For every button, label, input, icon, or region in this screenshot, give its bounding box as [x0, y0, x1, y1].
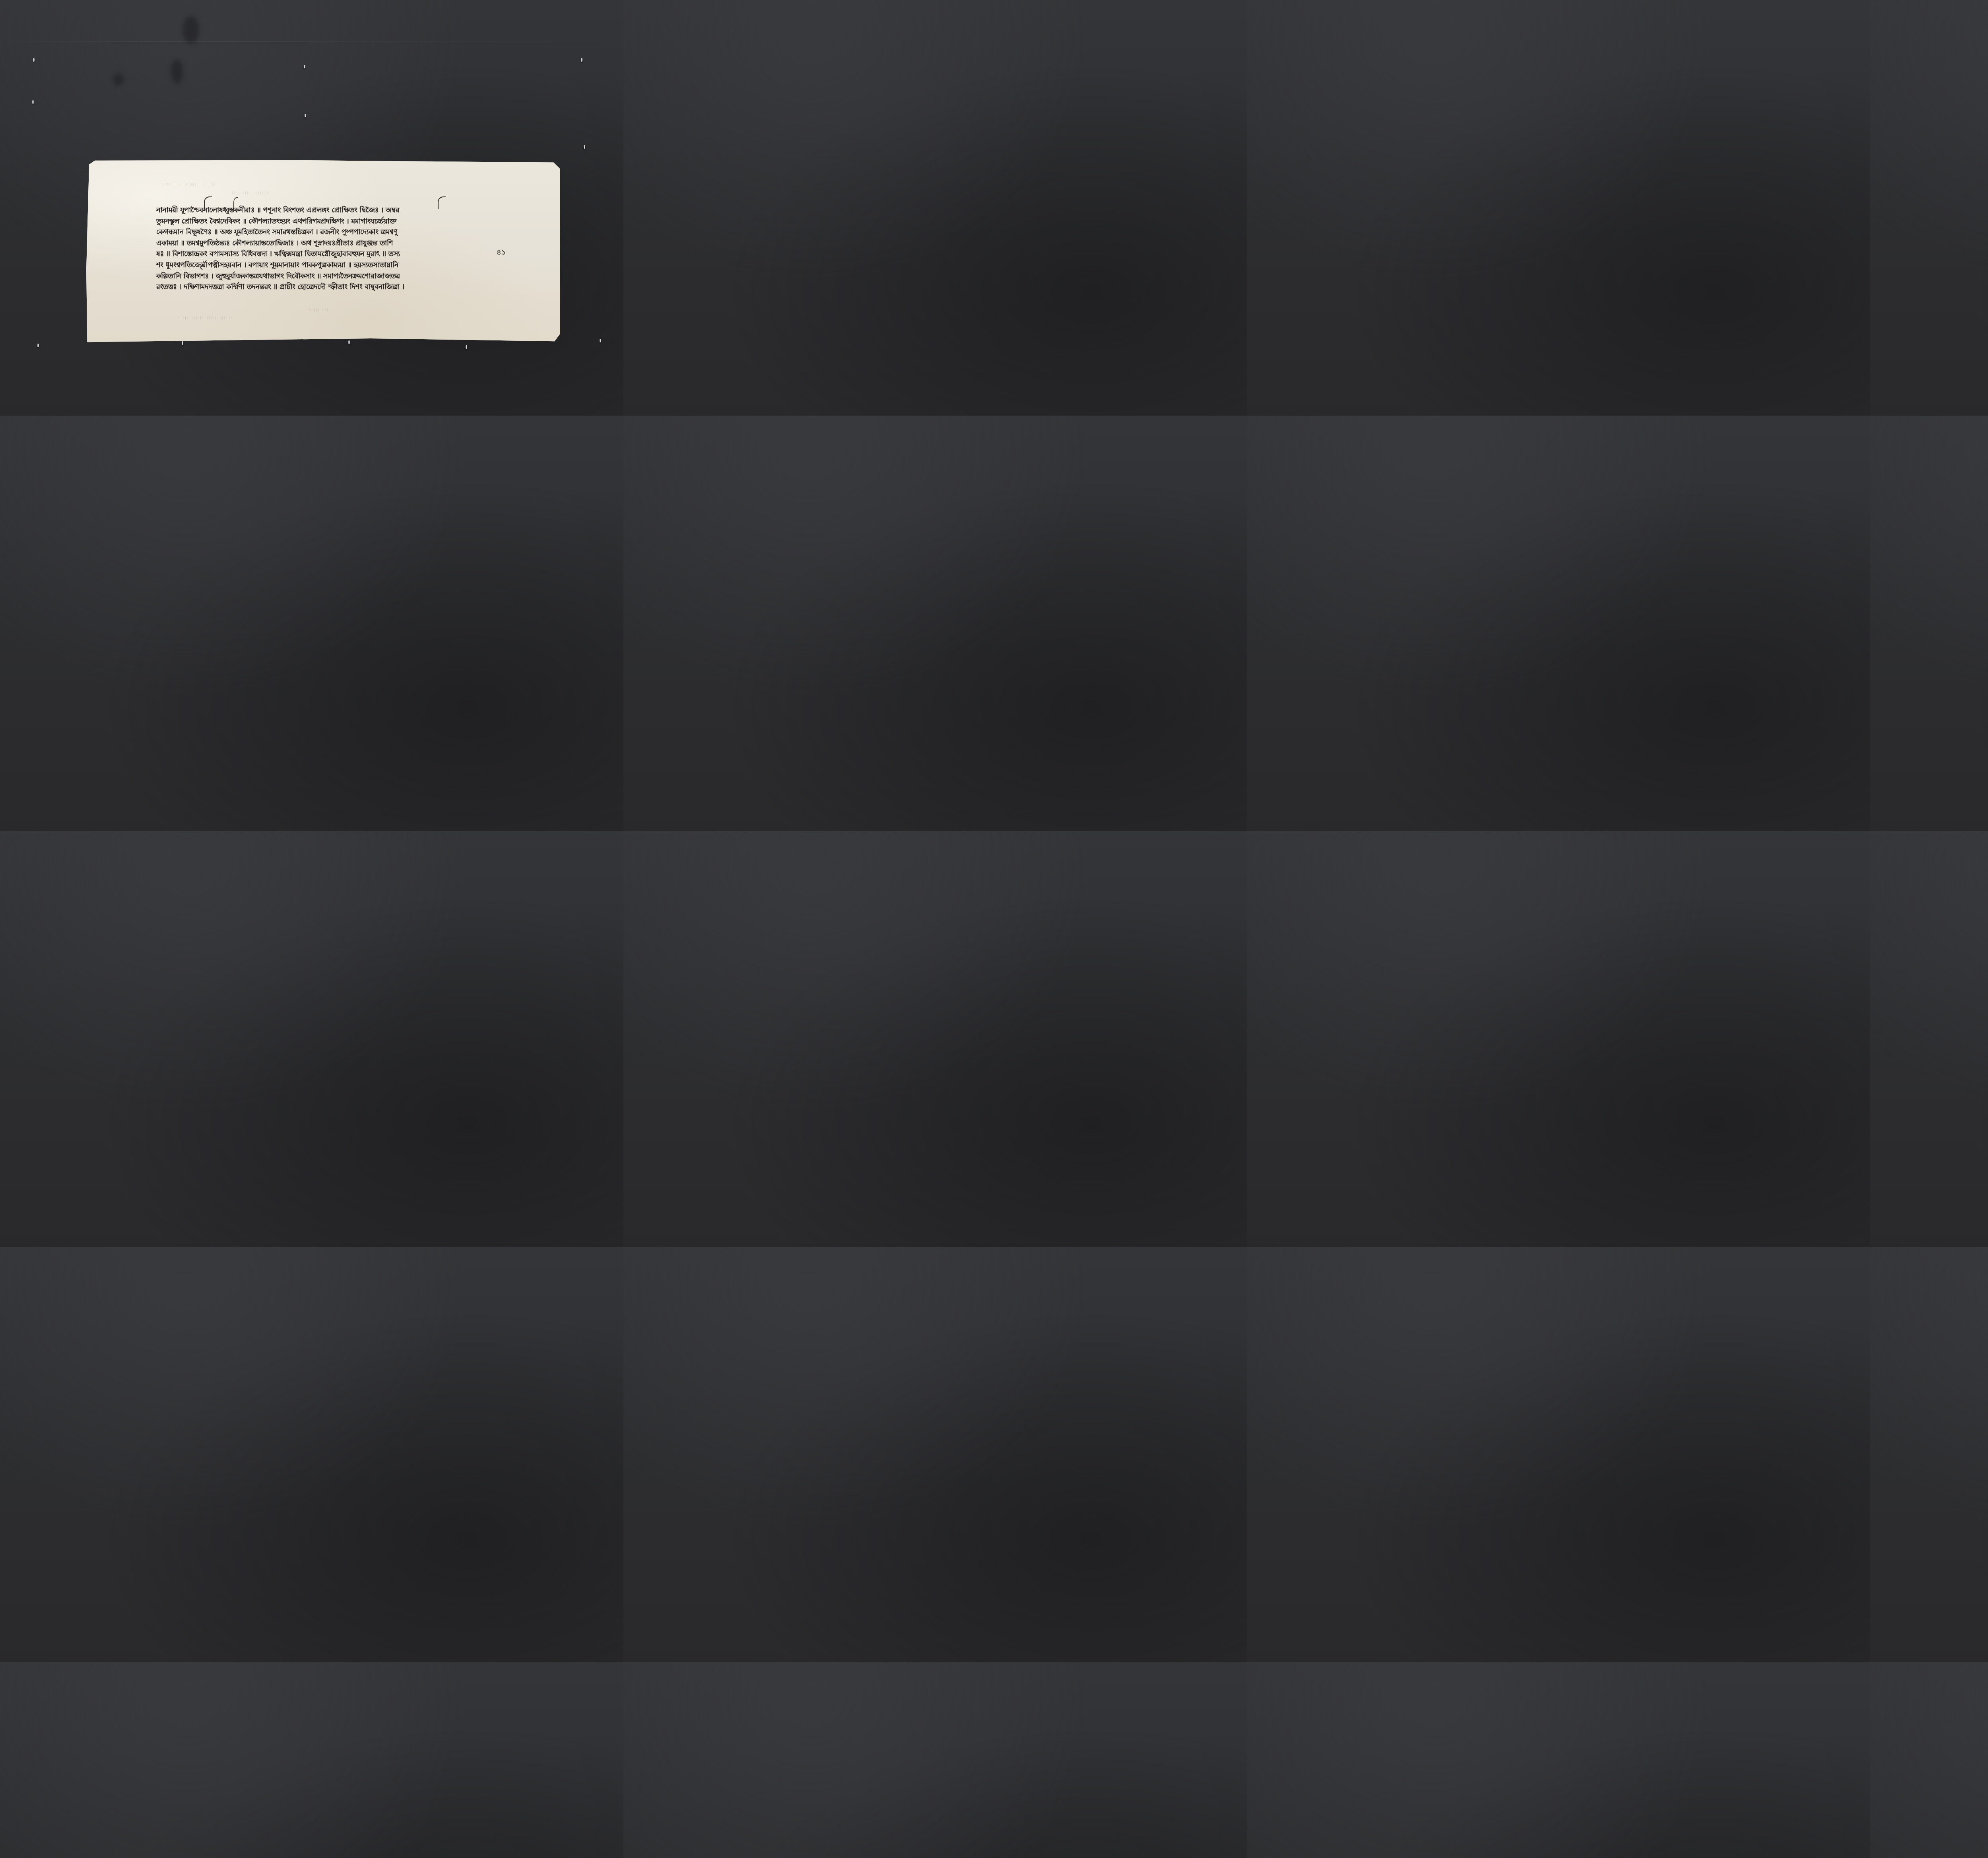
- mounting-pin: [37, 344, 39, 347]
- text-line-7: কল্পিতানি বিভাগশঃ । জুহুবুৰ্যাজকাস্তত্রয…: [156, 271, 562, 282]
- mounting-pin: [32, 100, 34, 104]
- board-stain: [183, 16, 199, 44]
- bleed-through-text-bottom: ।। ।।। ।।।: [307, 306, 328, 313]
- text-line-6: শং ধূমংশ্বপতির্জ্ঘ্রৌপত্নীসহয়বান । বপায…: [156, 260, 562, 271]
- mounting-pin: [581, 58, 582, 62]
- text-line-3: কেগন্ধমান বিভূষণৈঃ ॥ অঞ্চ যূমহিতাতৈনং সম…: [156, 227, 562, 238]
- mounting-pin: [182, 341, 183, 345]
- board-stain: [113, 74, 124, 86]
- mount-board-seam: [0, 41, 623, 42]
- mounting-pin: [466, 345, 467, 349]
- mounting-pin: [348, 340, 350, 344]
- mounting-pin: [305, 114, 306, 117]
- bleed-through-text-top: ।। ৩। ৷ ৷।।। ৷ ।৷।।। ৷।। ।।।: [160, 181, 214, 189]
- text-line-2: তুমনস্কুল প্রোক্ষিতং বৈশ্বদেবিকং ॥ কৌশল্…: [156, 216, 562, 227]
- bleed-through-text-top: ।।।। ।।।। ।।।।।।।: [231, 189, 268, 196]
- folio-number: ৪১: [497, 247, 506, 259]
- bleed-through-text-bottom: ।।।।।।।।। ।।।।।। ।।।।।।।।: [178, 314, 232, 321]
- manuscript-folio: ।। ৩। ৷ ৷।।। ৷ ।৷।।। ৷।। ।।। ।।।। ।।।। ।…: [86, 160, 560, 343]
- text-line-1: নানামরী যূপাশ্চৈবনালোষধ্বুস্তকনীরাঃ ॥ পশ…: [156, 205, 562, 216]
- board-stain: [171, 60, 183, 84]
- mounting-pin: [600, 339, 601, 342]
- mounting-pin: [584, 145, 585, 149]
- mounting-pin: [304, 65, 305, 68]
- mounting-pin: [33, 58, 35, 62]
- text-line-8: রংতত্তঃ । দক্ষিণামদদত্তত্ৰা কর্ম্মিণা তদ…: [156, 282, 562, 293]
